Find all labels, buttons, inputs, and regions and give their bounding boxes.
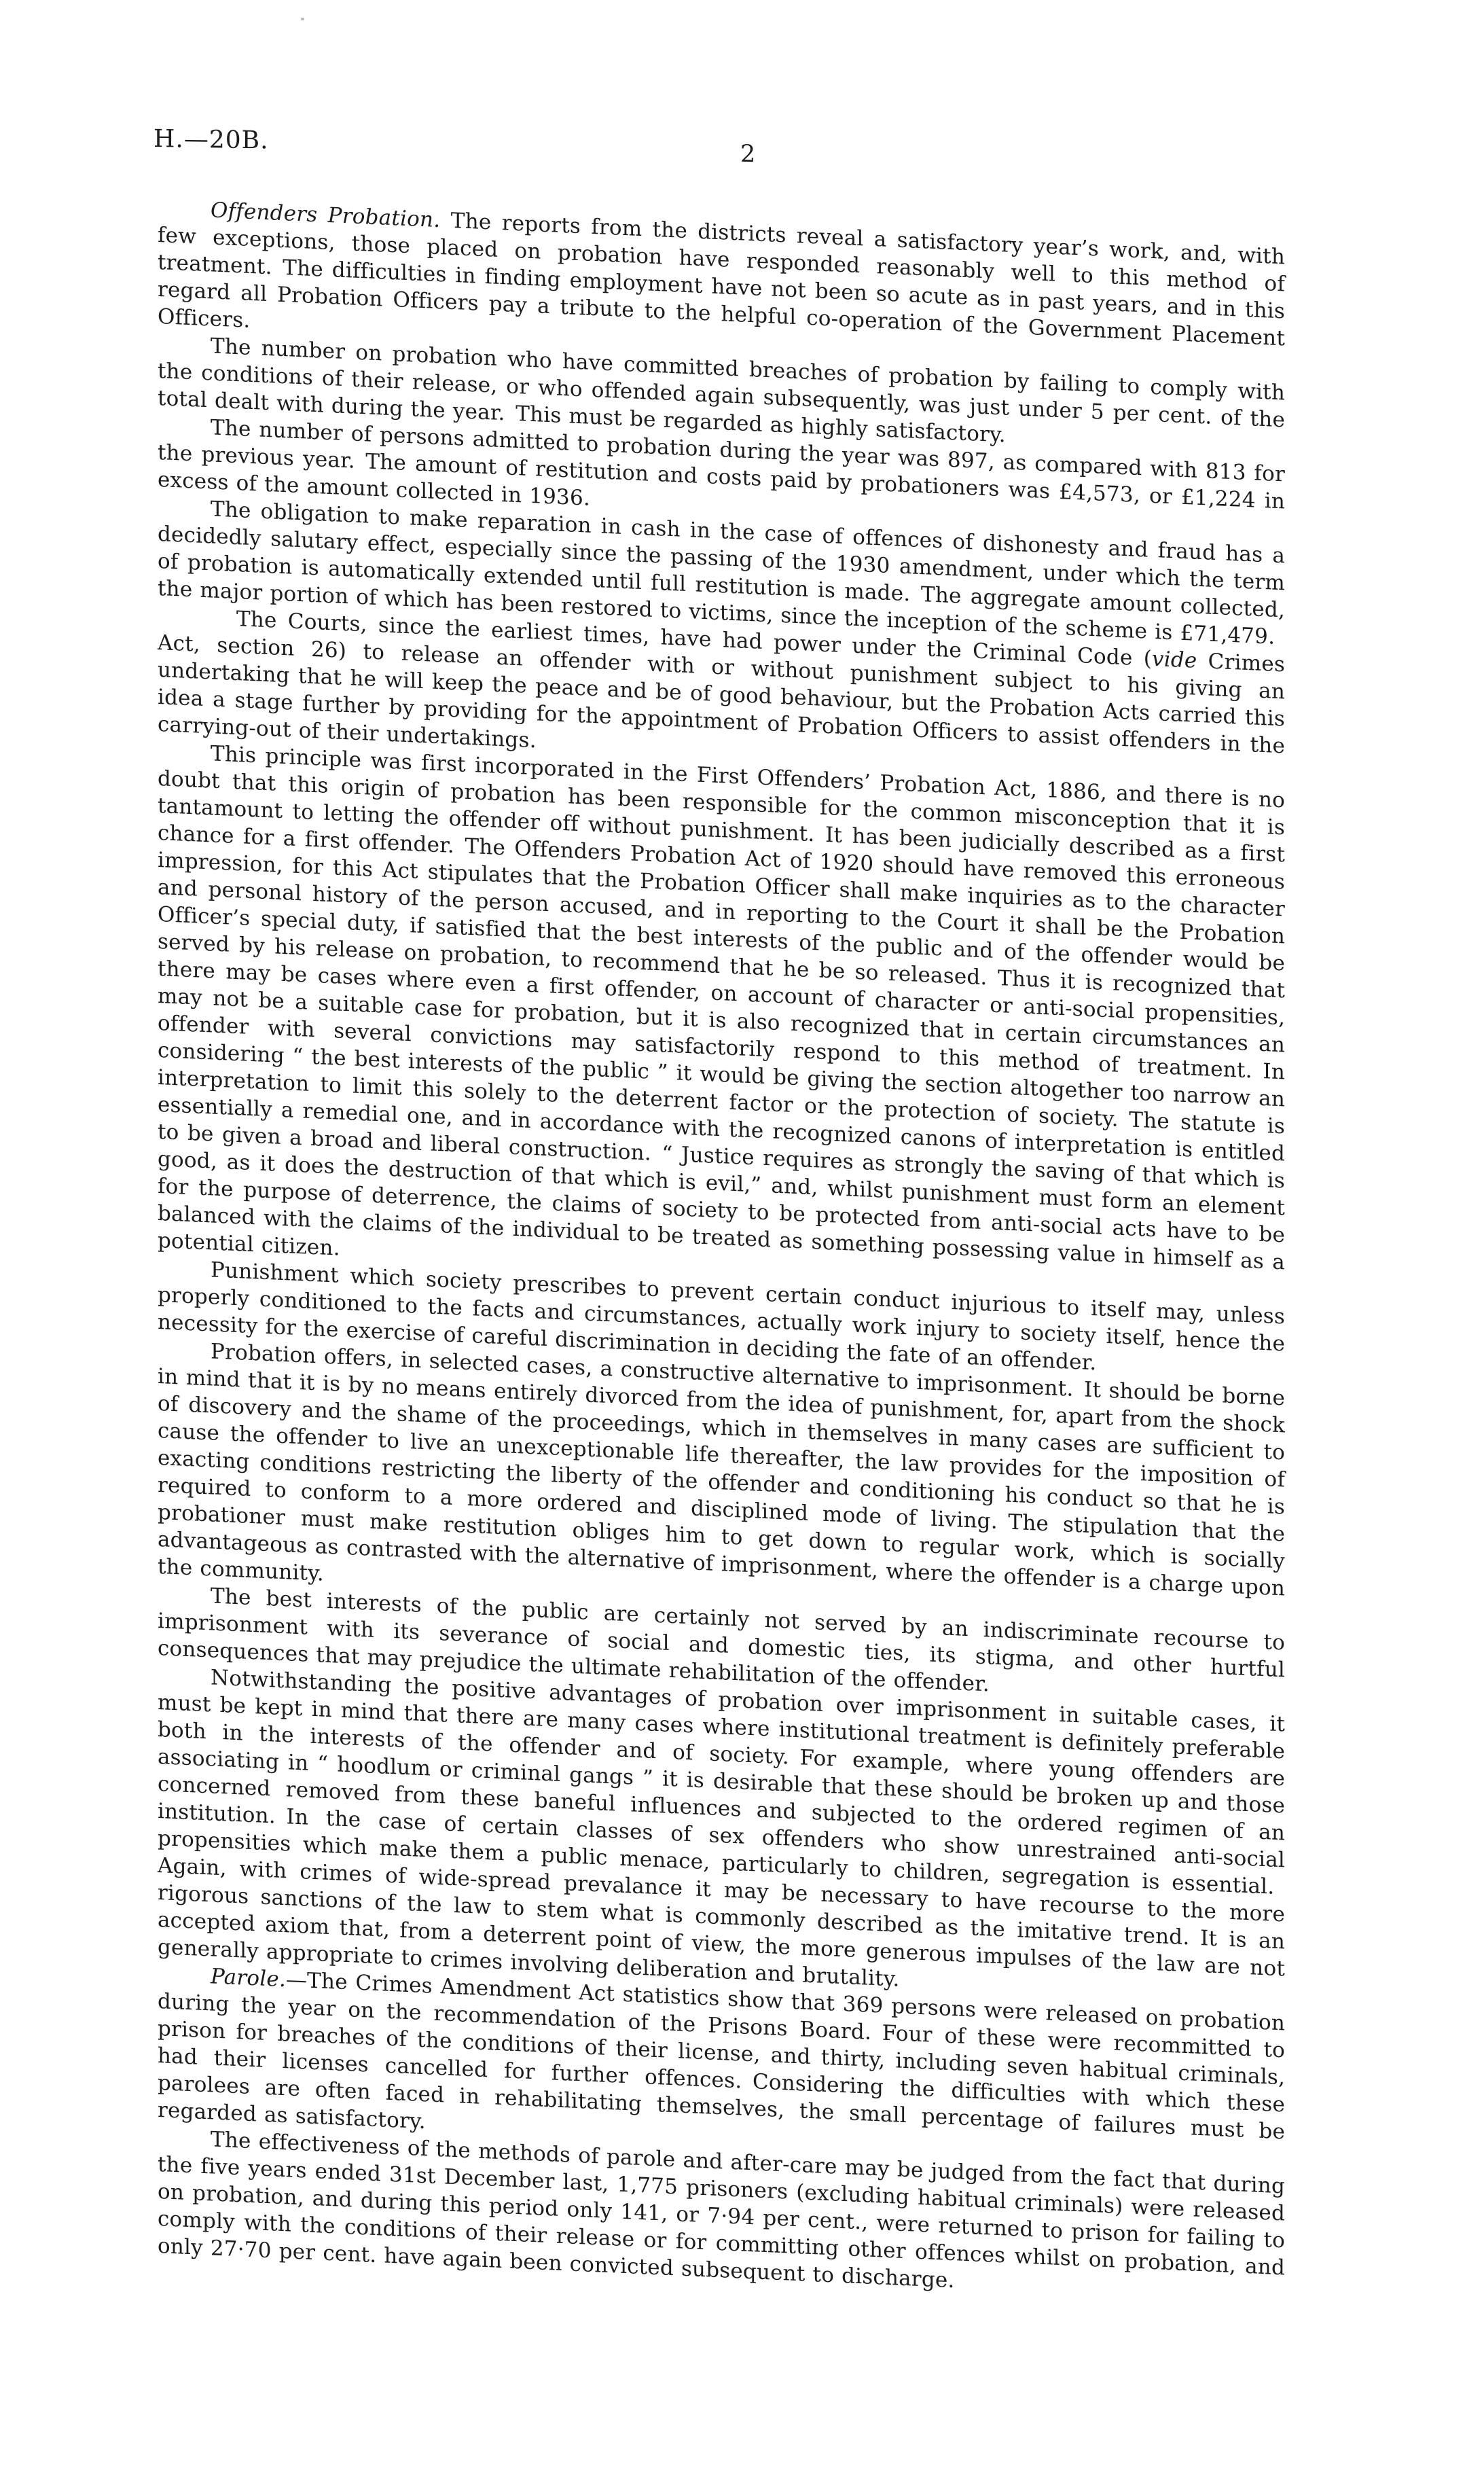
paragraph-lead-italic: Parole. xyxy=(211,1964,286,1992)
paragraph-text: The reports from the districts reveal a … xyxy=(158,208,1285,351)
paragraph-lead-italic: vide xyxy=(1152,647,1197,673)
document-page: H.—20B. 2 Offenders Probation. The repor… xyxy=(0,0,1484,2487)
paragraph-text: This principle was first incorporated in… xyxy=(158,741,1285,1274)
document-reference: H.—20B. xyxy=(153,125,269,155)
page-number: 2 xyxy=(740,141,756,168)
paragraph: This principle was first incorporated in… xyxy=(158,738,1285,1303)
paragraph: Notwithstanding the positive advantages … xyxy=(158,1662,1285,2009)
paragraph-text: Probation offers, in selected cases, a c… xyxy=(158,1339,1285,1600)
scan-speck-artifact xyxy=(301,18,304,20)
paragraph: Probation offers, in selected cases, a c… xyxy=(158,1336,1285,1629)
document-body: Offenders Probation. The reports from th… xyxy=(158,194,1285,2308)
paragraph-text: Notwithstanding the positive advantages … xyxy=(158,1665,1285,1991)
page-header: H.—20B. 2 xyxy=(153,125,1349,183)
